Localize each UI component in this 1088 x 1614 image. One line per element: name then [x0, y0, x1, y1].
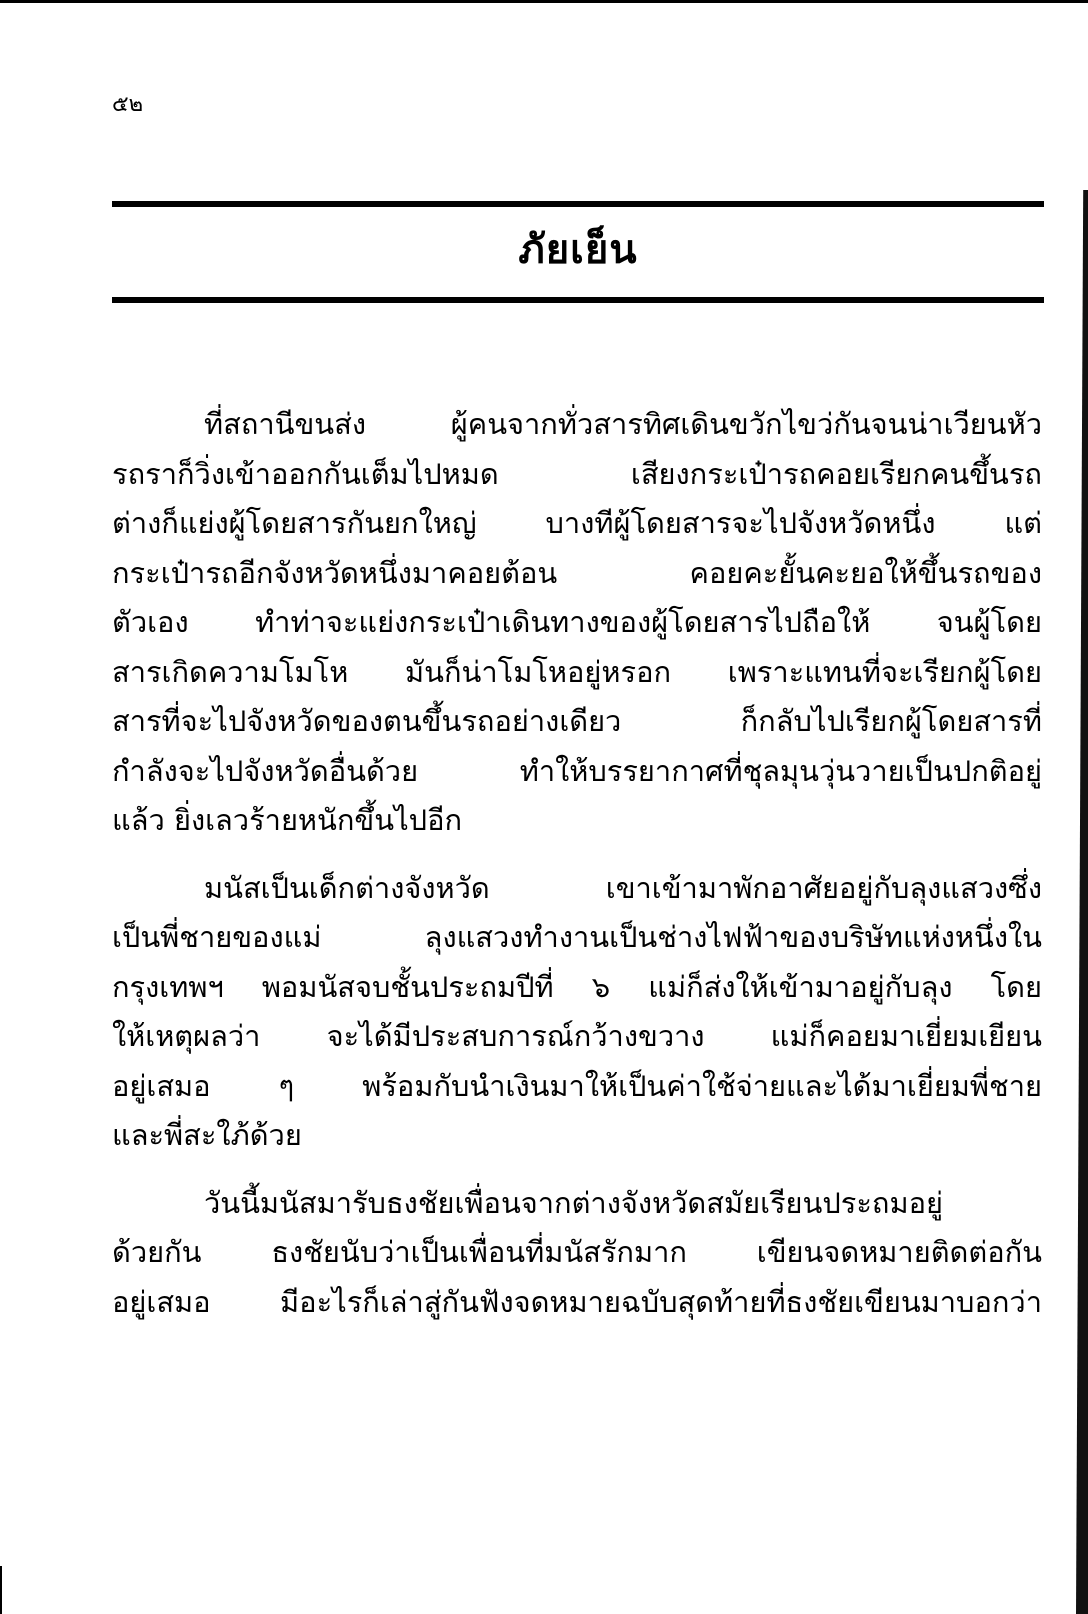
text-line: วันนี้มนัสมารับธงชัยเพื่อนจากต่างจังหวัด…: [112, 1179, 1042, 1229]
text-line: ด้วยกัน ธงชัยนับว่าเป็นเพื่อนที่มนัสรักม…: [112, 1228, 1042, 1278]
scan-right-edge-shadow: [1076, 190, 1088, 1614]
text-line: ตัวเอง ทำท่าจะแย่งกระเป๋าเดินทางของผู้โด…: [112, 598, 1042, 648]
paragraph-3: วันนี้มนัสมารับธงชัยเพื่อนจากต่างจังหวัด…: [112, 1179, 1042, 1328]
paragraph-2: มนัสเป็นเด็กต่างจังหวัด เขาเข้ามาพักอาศั…: [112, 864, 1042, 1161]
page-number: ๕๒: [112, 90, 143, 120]
text-line: กระเป๋ารถอีกจังหวัดหนึ่งมาคอยต้อน คอยคะย…: [112, 549, 1042, 599]
text-line: แล้ว ยิ่งเลวร้ายหนักขึ้นไปอีก: [112, 796, 1042, 846]
body-text: ที่สถานีขนส่ง ผู้คนจากทั่วสารทิศเดินขวัก…: [112, 400, 1042, 1345]
paragraph-1: ที่สถานีขนส่ง ผู้คนจากทั่วสารทิศเดินขวัก…: [112, 400, 1042, 846]
text-line: สารเกิดความโมโห มันก็น่าโมโหอยู่หรอก เพร…: [112, 648, 1042, 698]
text-line: มนัสเป็นเด็กต่างจังหวัด เขาเข้ามาพักอาศั…: [112, 864, 1042, 914]
text-line: เป็นพี่ชายของแม่ ลุงแสวงทำงานเป็นช่างไฟฟ…: [112, 913, 1042, 963]
text-line: ต่างก็แย่งผู้โดยสารกันยกใหญ่ บางทีผู้โดย…: [112, 499, 1042, 549]
text-line: รถราก็วิ่งเข้าออกกันเต็มไปหมด เสียงกระเป…: [112, 450, 1042, 500]
scan-left-mark: [0, 1566, 2, 1614]
text-line: ที่สถานีขนส่ง ผู้คนจากทั่วสารทิศเดินขวัก…: [112, 400, 1042, 450]
text-line: กรุงเทพฯ พอมนัสจบชั้นประถมปีที่ ๖ แม่ก็ส…: [112, 963, 1042, 1013]
title-rule-top: [112, 201, 1044, 207]
text-line: กำลังจะไปจังหวัดอื่นด้วย ทำให้บรรยากาศที…: [112, 747, 1042, 797]
chapter-title: ภัยเย็น: [112, 222, 1044, 278]
text-line: อยู่เสมอ มีอะไรก็เล่าสู่กันฟังจดหมายฉบับ…: [112, 1278, 1042, 1328]
scan-top-edge: [0, 0, 1088, 3]
text-line: ให้เหตุผลว่า จะได้มีประสบการณ์กว้างขวาง …: [112, 1012, 1042, 1062]
text-line: สารที่จะไปจังหวัดของตนขึ้นรถอย่างเดียว ก…: [112, 697, 1042, 747]
text-line: และพี่สะใภ้ด้วย: [112, 1111, 1042, 1161]
title-rule-bottom: [112, 297, 1044, 303]
text-line: อยู่เสมอ ๆ พร้อมกับนำเงินมาให้เป็นค่าใช้…: [112, 1062, 1042, 1112]
